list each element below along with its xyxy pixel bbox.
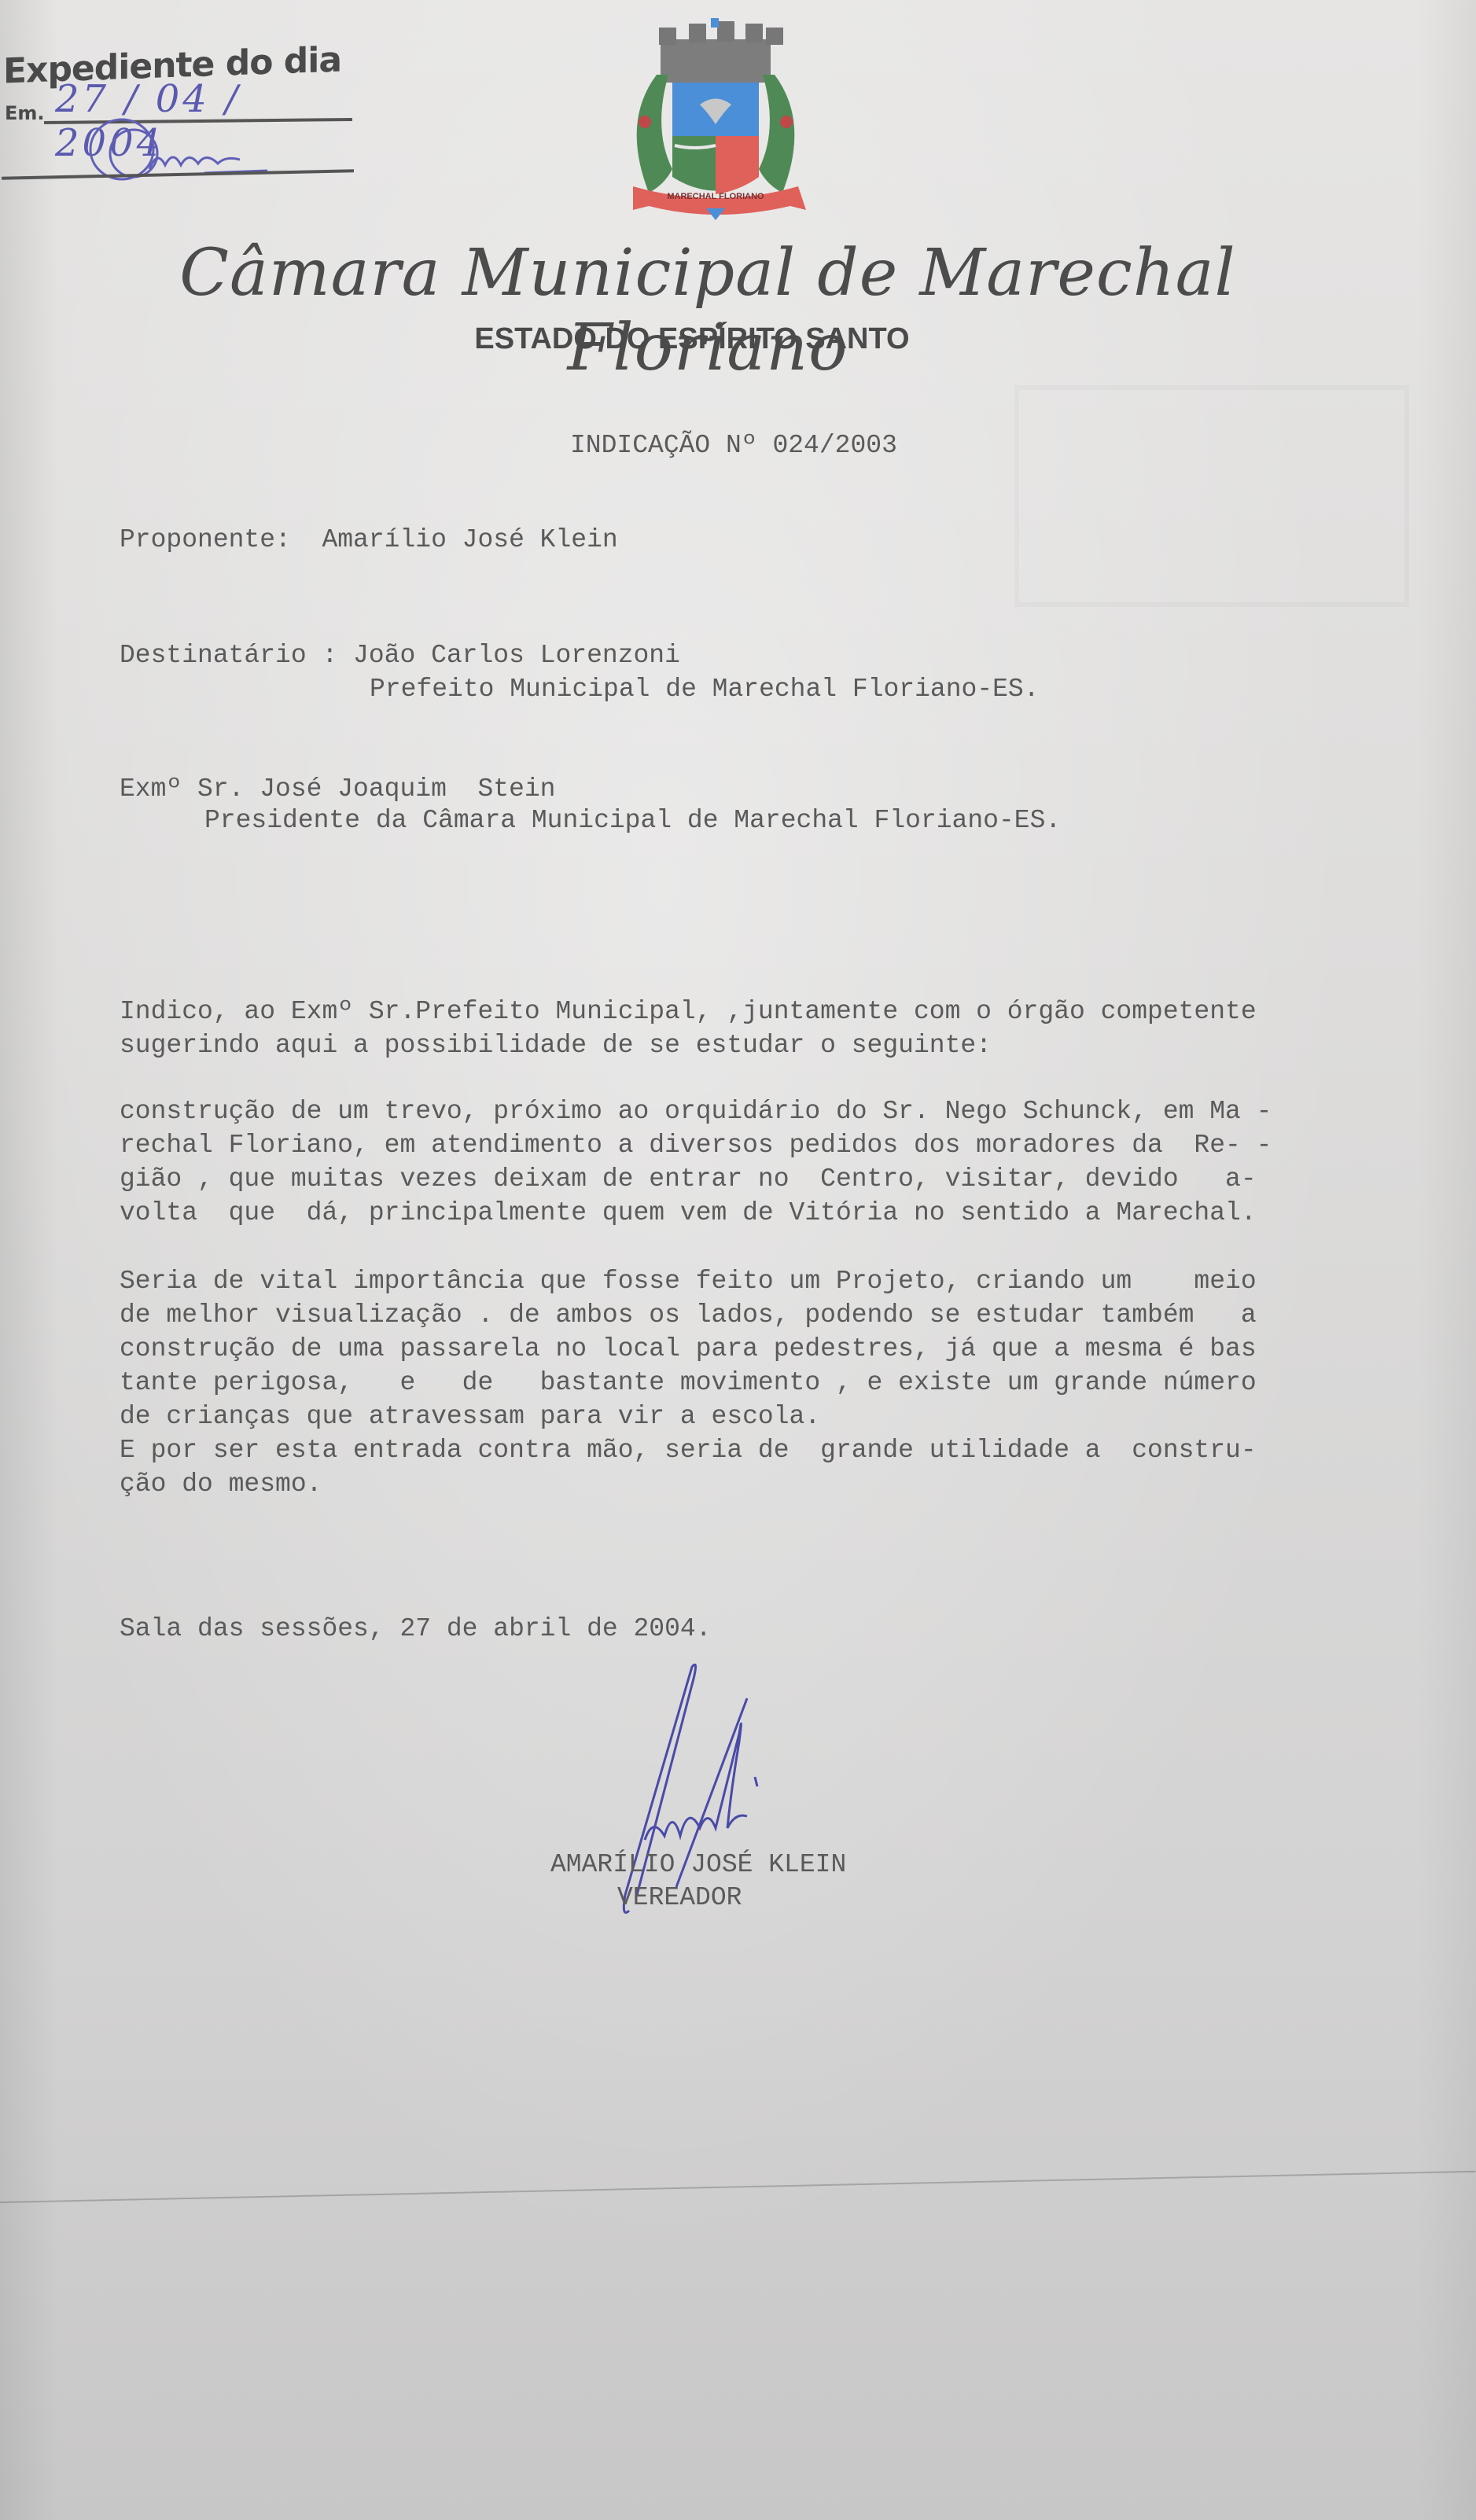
text-line: de crianças que atravessam para vir a es… [120,1400,1346,1433]
text-line: construção de um trevo, próximo ao orqui… [120,1094,1346,1128]
paper-fold-line [0,2171,1476,2203]
crest-banner-text: MARECHAL FLORIANO [667,192,764,201]
stamp-em-label: Em. [5,102,45,124]
stamp-signature-icon [79,118,283,189]
text-line: gião , que muitas vezes deixam de entrar… [120,1162,1346,1196]
text-line: sugerindo aqui a possibilidade de se est… [120,1028,1346,1062]
text-line: Seria de vital importância que fosse fei… [120,1264,1346,1298]
signatory-role: VEREADOR [617,1883,742,1912]
text-line: E por ser esta entrada contra mão, seria… [120,1433,1346,1467]
organization-title: Câmara Municipal de Marechal Floriano [110,236,1305,385]
recipient-title: Prefeito Municipal de Marechal Floriano-… [370,675,1040,704]
intro-paragraph: Indico, ao Exmº Sr.Prefeito Municipal, ,… [120,995,1346,1062]
addressee-title: Presidente da Câmara Municipal de Marech… [204,806,1061,835]
proponent: Proponente: Amarílio José Klein [120,525,618,554]
organization-state: ESTADO DO ESPÍRITO SANTO [440,322,944,356]
closing-date-line: Sala das sessões, 27 de abril de 2004. [120,1614,712,1643]
document-page: Expediente do dia Em. 27 / 04 / 2004 [0,0,1476,2520]
text-line: ção do mesmo. [120,1467,1346,1501]
text-line: tante perigosa, e de bastante movimento … [120,1366,1346,1400]
body-paragraph-1: construção de um trevo, próximo ao orqui… [120,1094,1346,1230]
text-line: Indico, ao Exmº Sr.Prefeito Municipal, ,… [120,995,1346,1028]
text-line: rechal Floriano, em atendimento a divers… [120,1128,1346,1162]
recipient-name: Destinatário : João Carlos Lorenzoni [120,641,680,670]
text-line: construção de uma passarela no local par… [120,1332,1346,1366]
text-line: volta que dá, principalmente quem vem de… [120,1196,1346,1230]
signatory-name: AMARÍLIO JOSÉ KLEIN [550,1850,846,1879]
addressee-name: Exmº Sr. José Joaquim Stein [120,774,556,804]
text-line: de melhor visualização . de ambos os lad… [120,1298,1346,1332]
coat-of-arms-icon: MARECHAL FLORIANO [613,12,818,224]
receipt-stamp: Expediente do dia Em. 27 / 04 / 2004 [0,39,362,189]
document-number: INDICAÇÃO Nº 024/2003 [570,431,897,460]
body-paragraph-2: Seria de vital importância que fosse fei… [120,1264,1346,1501]
bleed-through-stamp [1014,385,1409,607]
